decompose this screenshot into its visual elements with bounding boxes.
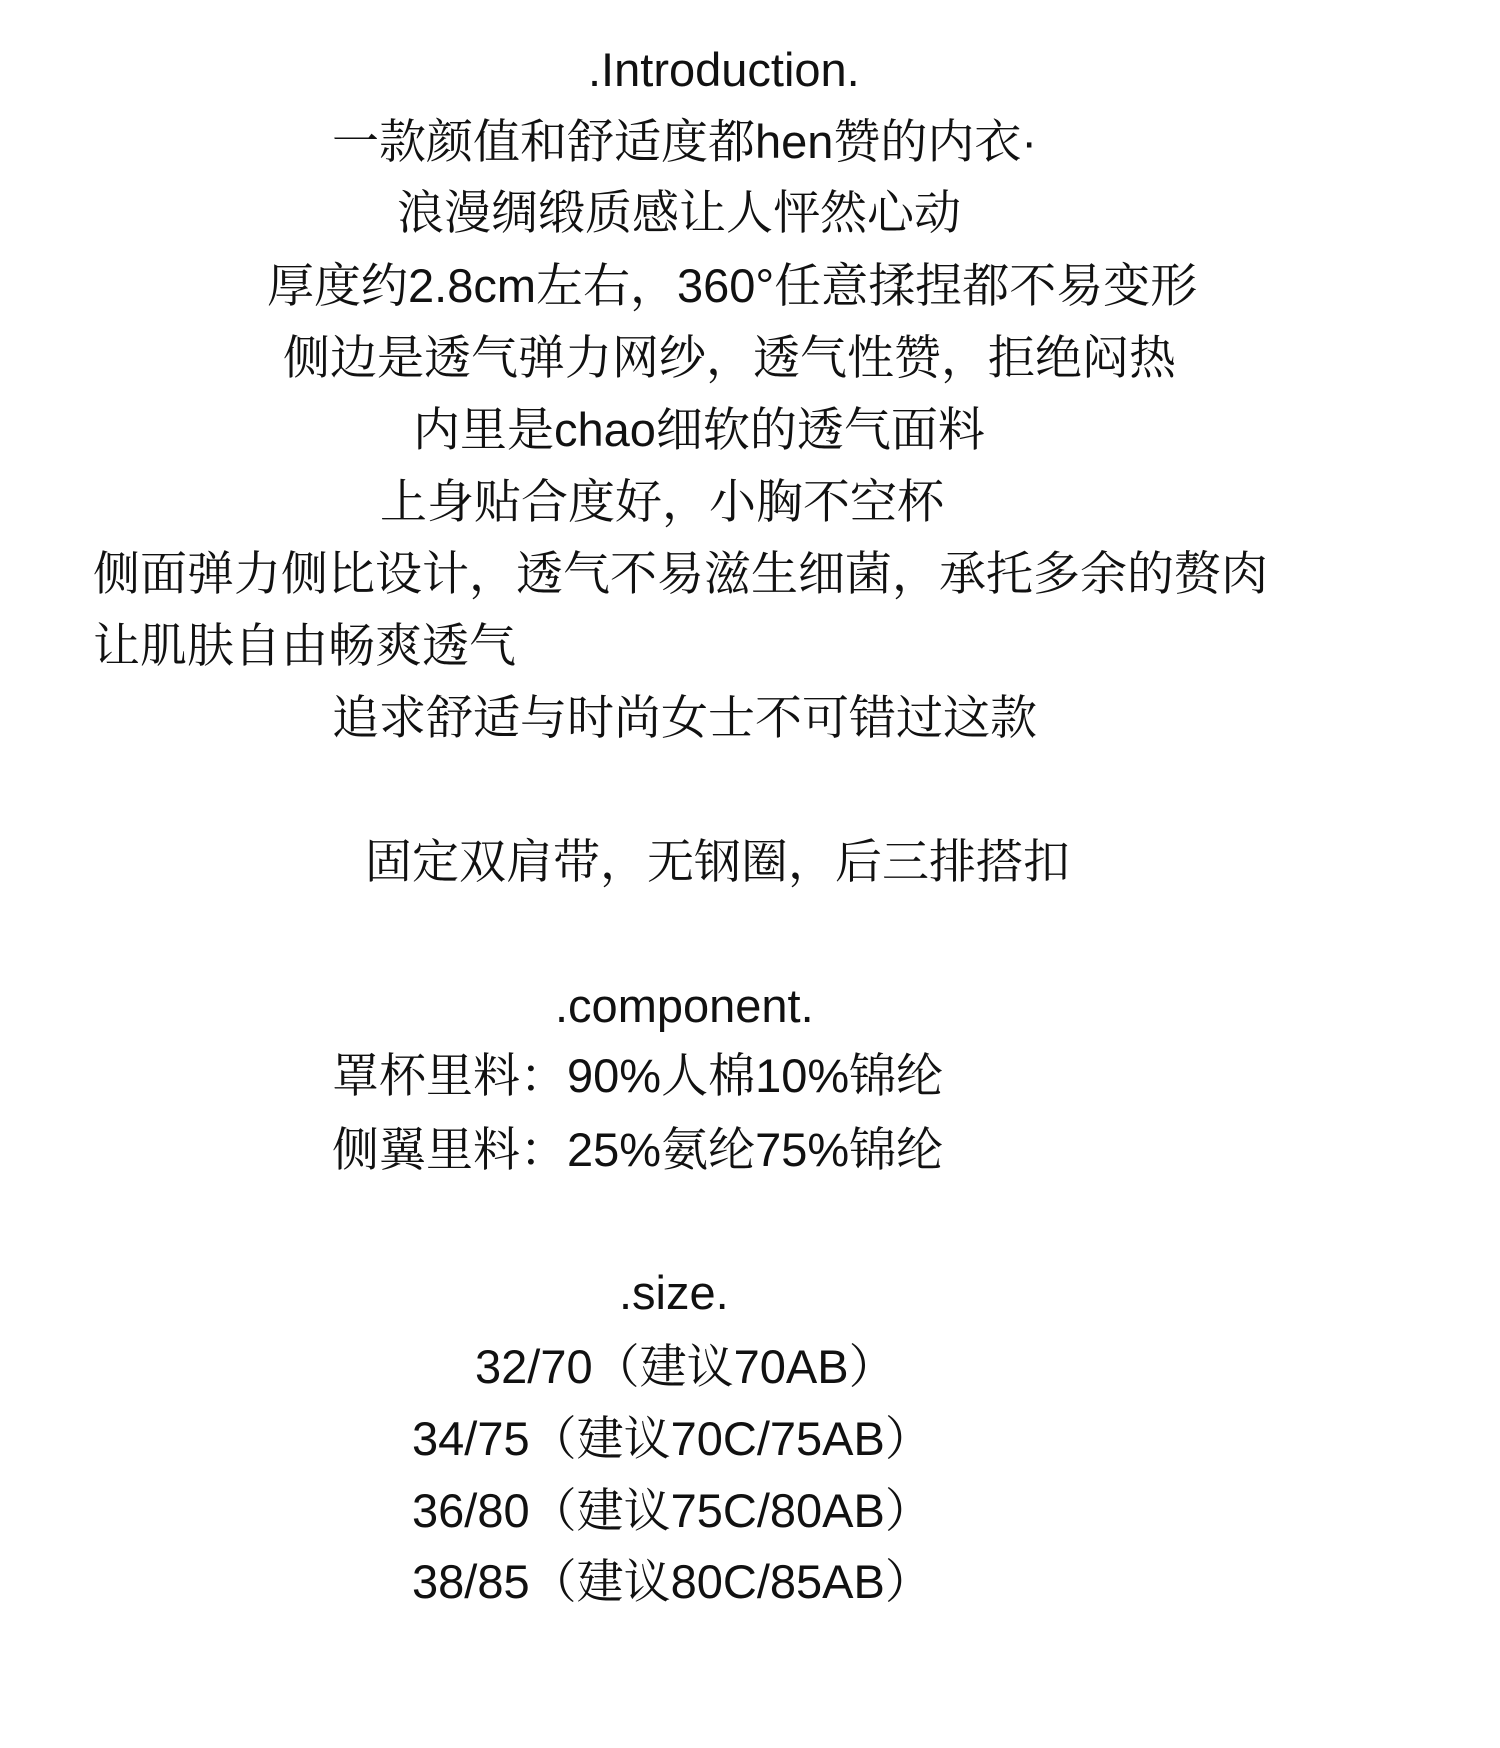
component-heading: .component.: [555, 970, 814, 1042]
intro-line: 让肌肤自由畅爽透气: [93, 610, 516, 682]
intro-line: 一款颜值和舒适度都hen赞的内衣·: [332, 106, 1037, 178]
product-description-page: .Introduction. 一款颜值和舒适度都hen赞的内衣· 浪漫绸缎质感让…: [0, 0, 1500, 1748]
component-line-cup-lining: 罩杯里料：90%人棉10%锦纶: [332, 1040, 943, 1112]
intro-line: 上身贴合度好，小胸不空杯: [380, 466, 944, 538]
size-line: 34/75（建议70C/75AB）: [412, 1403, 932, 1475]
size-line: 36/80（建议75C/80AB）: [412, 1475, 932, 1547]
size-line: 38/85（建议80C/85AB）: [412, 1546, 932, 1618]
intro-line: 追求舒适与时尚女士不可错过这款: [332, 682, 1037, 754]
features-line: 固定双肩带，无钢圈，后三排搭扣: [365, 826, 1070, 898]
intro-line: 侧面弹力侧比设计，透气不易滋生细菌，承托多余的赘肉: [93, 538, 1268, 610]
introduction-heading: .Introduction.: [588, 34, 860, 106]
size-line: 32/70（建议70AB）: [475, 1331, 896, 1403]
intro-line: 内里是chao细软的透气面料: [413, 394, 985, 466]
intro-line: 侧边是透气弹力网纱，透气性赞，拒绝闷热: [283, 322, 1176, 394]
component-line-side-lining: 侧翼里料：25%氨纶75%锦纶: [332, 1114, 943, 1186]
intro-line: 浪漫绸缎质感让人怦然心动: [397, 177, 961, 249]
size-heading: .size.: [619, 1257, 729, 1329]
intro-line: 厚度约2.8cm左右，360°任意揉捏都不易变形: [267, 250, 1197, 322]
